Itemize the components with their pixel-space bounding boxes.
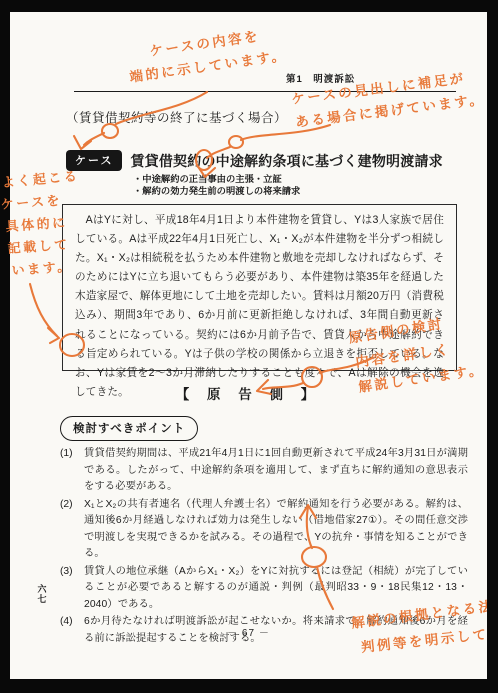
- book-page-photo: 第1 明渡訴訟 （賃貸借契約等の終了に基づく場合） ケース 賃貸借契約の中途解約…: [0, 0, 498, 693]
- case-bullet-list: ・中途解約の正当事由の主張・立証 ・解約の効力発生前の明渡しの将来請求: [133, 174, 300, 197]
- point-text: X₁とX₂の共有者連名（代理人弁護士名）で解約通知を行う必要がある。解約は、通知…: [84, 497, 468, 563]
- case-title: 賃貸借契約の中途解約条項に基づく建物明渡請求: [130, 151, 442, 171]
- point-item: (2) X₁とX₂の共有者連名（代理人弁護士名）で解約通知を行う必要がある。解約…: [60, 497, 468, 563]
- point-text: 賃貸借契約期間は、平成21年4月1日に1回自動更新されて平成24年3月31日が満…: [84, 446, 468, 496]
- points-heading-pill: 検討すべきポイント: [60, 416, 198, 441]
- point-number: (1): [60, 446, 84, 496]
- point-item: (1) 賃貸借契約期間は、平成21年4月1日に1回自動更新されて平成24年3月3…: [60, 446, 468, 496]
- point-number: (3): [60, 564, 84, 614]
- point-number: (2): [60, 497, 84, 563]
- side-folio-top: 六: [36, 584, 48, 594]
- side-folio-bottom: 七: [36, 594, 48, 604]
- section-subtitle: （賃貸借契約等の終了に基づく場合）: [66, 108, 287, 126]
- side-folio: 六 七: [36, 584, 48, 604]
- case-bullet: ・解約の効力発生前の明渡しの将来請求: [133, 186, 300, 198]
- case-heading-row: ケース 賃貸借契約の中途解約条項に基づく建物明渡請求: [66, 150, 443, 171]
- case-bullet: ・中途解約の正当事由の主張・立証: [133, 174, 300, 186]
